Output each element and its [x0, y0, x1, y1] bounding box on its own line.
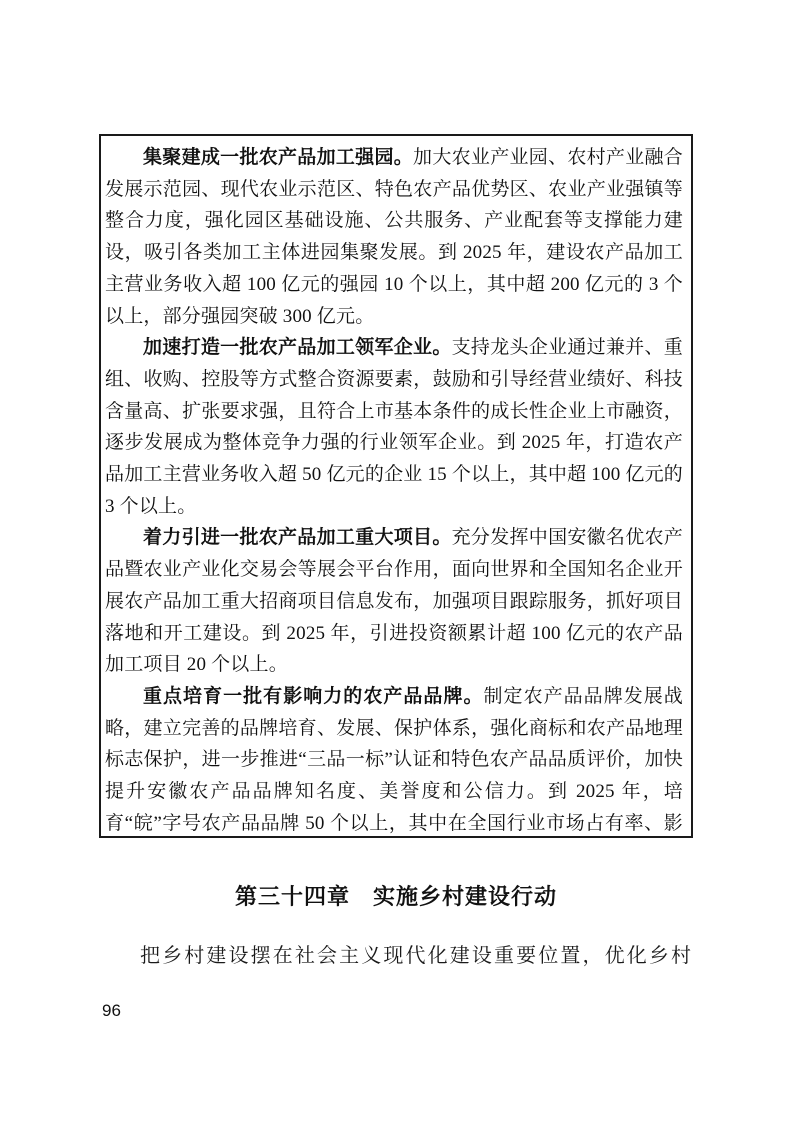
box-paragraph-2-lead: 加速打造一批农产品加工领军企业。 [143, 337, 452, 358]
box-paragraph-4-body: 制定农产品品牌发展战略，建立完善的品牌培育、发展、保护体系，强化商标和农产品地理… [105, 686, 683, 838]
box-paragraph-2: 加速打造一批农产品加工领军企业。支持龙头企业通过兼并、重组、收购、控股等方式整合… [105, 332, 683, 522]
highlight-box: 集聚建成一批农产品加工强园。加大农业产业园、农村产业融合发展示范园、现代农业示范… [99, 134, 693, 838]
box-paragraph-3: 着力引进一批农产品加工重大项目。充分发挥中国安徽名优农产品暨农业产业化交易会等展… [105, 522, 683, 681]
box-paragraph-1-body: 加大农业产业园、农村产业融合发展示范园、现代农业示范区、特色农产品优势区、农业产… [105, 147, 683, 327]
body-paragraph: 把乡村建设摆在社会主义现代化建设重要位置，优化乡村 [100, 941, 691, 972]
box-paragraph-4-lead: 重点培育一批有影响力的农产品品牌。 [143, 686, 484, 707]
page-number: 96 [102, 1001, 121, 1021]
box-paragraph-3-body: 充分发挥中国安徽名优农产品暨农业产业化交易会等展会平台作用，面向世界和全国知名企… [105, 527, 683, 675]
box-paragraph-1-lead: 集聚建成一批农产品加工强园。 [143, 147, 413, 168]
box-paragraph-3-lead: 着力引进一批农产品加工重大项目。 [143, 527, 452, 548]
chapter-heading: 第三十四章 实施乡村建设行动 [99, 880, 693, 911]
box-paragraph-2-body: 支持龙头企业通过兼并、重组、收购、控股等方式整合资源要素，鼓励和引导经营业绩好、… [105, 337, 683, 517]
document-page: 集聚建成一批农产品加工强园。加大农业产业园、农村产业融合发展示范园、现代农业示范… [0, 0, 793, 1122]
box-paragraph-1: 集聚建成一批农产品加工强园。加大农业产业园、农村产业融合发展示范园、现代农业示范… [105, 142, 683, 332]
box-paragraph-4: 重点培育一批有影响力的农产品品牌。制定农产品品牌发展战略，建立完善的品牌培育、发… [105, 681, 683, 838]
